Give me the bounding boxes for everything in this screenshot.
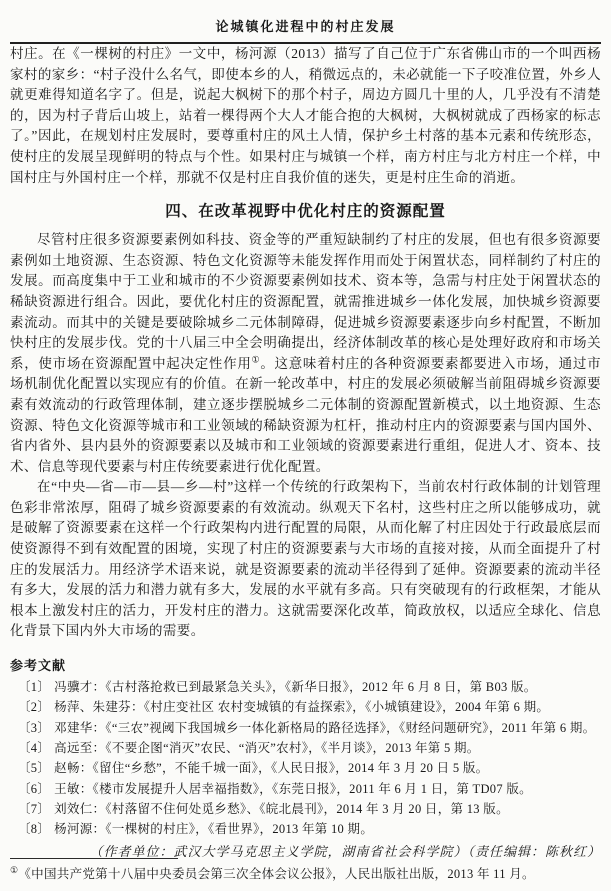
running-head-title: 论城镇化进程中的村庄发展: [215, 19, 395, 34]
reference-text: 高远至：《不要企图“消灭”农民、“消灭”农村》，《半月谈》，2013 年第 5 …: [54, 741, 479, 755]
footnote-item: ①《中国共产党第十八届中央委员会第三次全体会议公报》，人民出版社出版，2013 …: [10, 866, 601, 883]
reference-label: 〔5〕: [18, 761, 50, 775]
paragraph-admin-structure-text: 在“中央—省—市—县—乡—村”这样一个传统的行政架构下，当前农村行政体制的计划管…: [10, 479, 601, 638]
footnote-section: ①《中国共产党第十八届中央委员会第三次全体会议公报》，人民出版社出版，2013 …: [10, 858, 601, 883]
footnote-separator-rule: [10, 858, 178, 859]
reference-label: 〔6〕: [18, 782, 50, 796]
reference-text: 赵畅：《留住“乡愁”，不能千城一面》，《人民日报》，2014 年 3 月 20 …: [54, 761, 488, 775]
paragraph-admin-structure: 在“中央—省—市—县—乡—村”这样一个传统的行政架构下，当前农村行政体制的计划管…: [10, 477, 601, 642]
reference-text: 杨萍、朱建芬：《村庄变社区 农村变城镇的有益探索》，《小城镇建设》，2004 年…: [54, 700, 549, 714]
footnote-reference-marker: ①: [252, 354, 261, 364]
reference-item: 〔2〕杨萍、朱建芬：《村庄变社区 农村变城镇的有益探索》，《小城镇建设》，200…: [10, 697, 601, 717]
reference-item: 〔5〕赵畅：《留住“乡愁”，不能千城一面》，《人民日报》，2014 年 3 月 …: [10, 758, 601, 778]
running-head: 论城镇化进程中的村庄发展: [10, 10, 601, 44]
reference-label: 〔7〕: [18, 802, 50, 816]
article-body: 村庄。在《一棵树的村庄》一文中，杨河源（2013）描写了自己位于广东省佛山市的一…: [10, 44, 601, 642]
paragraph-resource-allocation: 尽管村庄很多资源要素例如科技、资金等的严重短缺制约了村庄的发展，但也有很多资源要…: [10, 230, 601, 477]
reference-text: 杨河源：《一棵树的村庄》，《看世界》，2013 年第 10 期。: [54, 822, 373, 836]
paragraph-village-story: 村庄。在《一棵树的村庄》一文中，杨河源（2013）描写了自己位于广东省佛山市的一…: [10, 44, 601, 188]
footnote-text: 《中国共产党第十八届中央委员会第三次全体会议公报》，人民出版社出版，2013 年…: [18, 867, 534, 881]
reference-label: 〔4〕: [18, 741, 50, 755]
reference-label: 〔8〕: [18, 822, 50, 836]
reference-item: 〔4〕高远至：《不要企图“消灭”农民、“消灭”农村》，《半月谈》，2013 年第…: [10, 738, 601, 758]
paragraph-resource-allocation-text-1: 尽管村庄很多资源要素例如科技、资金等的严重短缺制约了村庄的发展，但也有很多资源要…: [10, 232, 601, 371]
section-heading: 四、在改革视野中优化村庄的资源配置: [10, 199, 601, 221]
paragraph-resource-allocation-text-2: 。这意味着村庄的各种资源要素都要进入市场，通过市场机制优化配置以实现应有的价值。…: [10, 356, 601, 474]
reference-label: 〔3〕: [18, 721, 50, 735]
paragraph-village-story-text: 村庄。在《一棵树的村庄》一文中，杨河源（2013）描写了自己位于广东省佛山市的一…: [10, 46, 601, 185]
reference-text: 刘效仁：《村落留不住何处觅乡愁》、《皖北晨刊》，2014 年 3 月 20 日，…: [54, 802, 509, 816]
references-section: 参考文献 〔1〕冯骥才：《古村落抢救已到最紧急关头》，《新华日报》，2012 年…: [10, 655, 601, 839]
reference-text: 王敏：《楼市发展提升人居幸福指数》，《东莞日报》，2011 年 6 月 1 日，…: [54, 782, 532, 796]
reference-item: 〔8〕杨河源：《一棵树的村庄》，《看世界》，2013 年第 10 期。: [10, 819, 601, 839]
reference-item: 〔6〕王敏：《楼市发展提升人居幸福指数》，《东莞日报》，2011 年 6 月 1…: [10, 779, 601, 799]
reference-item: 〔3〕邓建华：《“三农”视阈下我国城乡一体化新格局的路径选择》，《财经问题研究》…: [10, 718, 601, 738]
reference-label: 〔1〕: [18, 680, 50, 694]
reference-text: 冯骥才：《古村落抢救已到最紧急关头》，《新华日报》，2012 年 6 月 8 日…: [54, 680, 536, 694]
reference-item: 〔7〕刘效仁：《村落留不住何处觅乡愁》、《皖北晨刊》，2014 年 3 月 20…: [10, 799, 601, 819]
references-heading: 参考文献: [10, 655, 601, 674]
reference-label: 〔2〕: [18, 700, 50, 714]
document-page: 论城镇化进程中的村庄发展 村庄。在《一棵树的村庄》一文中，杨河源（2013）描写…: [0, 0, 611, 891]
reference-item: 〔1〕冯骥才：《古村落抢救已到最紧急关头》，《新华日报》，2012 年 6 月 …: [10, 677, 601, 697]
reference-text: 邓建华：《“三农”视阈下我国城乡一体化新格局的路径选择》，《财经问题研究》，20…: [54, 721, 595, 735]
